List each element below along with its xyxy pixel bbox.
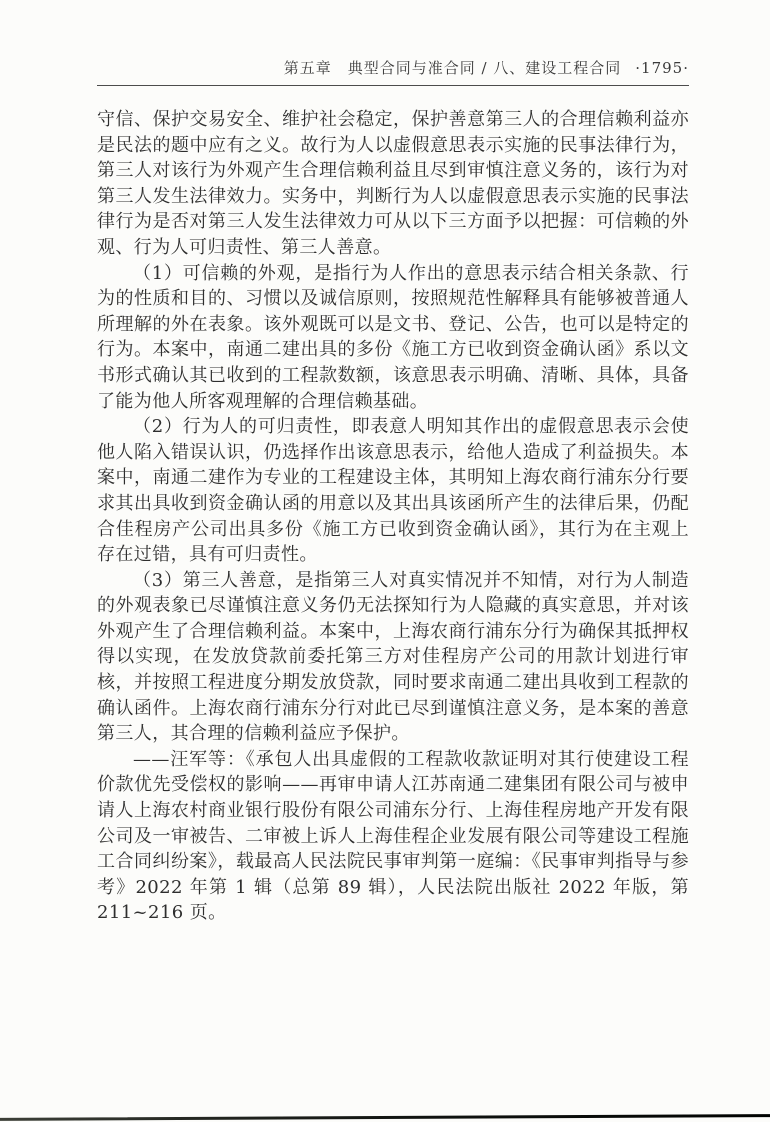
paragraph-intro: 守信、保护交易安全、维护社会稳定，保护善意第三人的合理信赖利益亦是民法的题中应有… — [97, 107, 689, 261]
scan-edge-shadow — [0, 1114, 770, 1121]
chapter-title: 第五章 典型合同与准合同 / 八、建设工程合同 — [284, 59, 622, 77]
body-text: 守信、保护交易安全、维护社会稳定，保护善意第三人的合理信赖利益亦是民法的题中应有… — [97, 107, 689, 926]
paragraph-point-2: （2）行为人的可归责性，即表意人明知其作出的虚假意思表示会使他人陷入错误认识，仍… — [97, 414, 689, 568]
running-head: 第五章 典型合同与准合同 / 八、建设工程合同·1795· — [97, 57, 689, 78]
page-number: ·1795· — [635, 59, 689, 77]
page-content: 第五章 典型合同与准合同 / 八、建设工程合同·1795· 守信、保护交易安全、… — [97, 0, 689, 926]
book-page: 第五章 典型合同与准合同 / 八、建设工程合同·1795· 守信、保护交易安全、… — [0, 0, 770, 1122]
paragraph-citation: ——汪军等：《承包人出具虚假的工程款收款证明对其行使建设工程价款优先受偿权的影响… — [97, 747, 689, 926]
paragraph-point-3: （3）第三人善意，是指第三人对真实情况并不知情，对行为人制造的外观表象已尽谨慎注… — [97, 568, 689, 747]
paragraph-point-1: （1）可信赖的外观，是指行为人作出的意思表示结合相关条款、行为的性质和目的、习惯… — [97, 261, 689, 415]
header-rule — [97, 85, 689, 86]
